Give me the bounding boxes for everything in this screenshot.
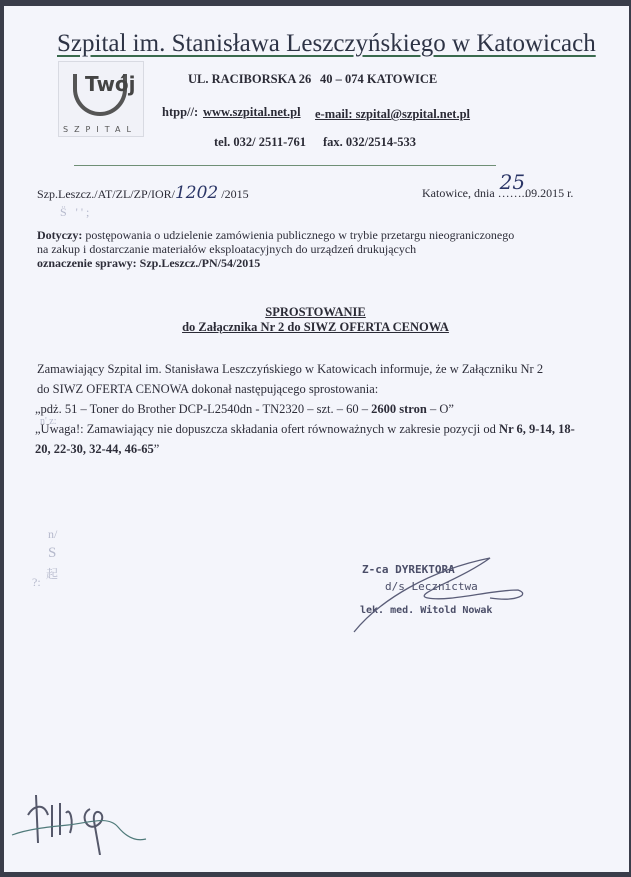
note-line-1: „Uwaga!: Zamawiający nie dopuszcza skład… <box>35 422 575 437</box>
body-paragraph-line-1: Zamawiający Szpital im. Stanisława Leszc… <box>37 362 543 377</box>
date-handwritten-day: 25 <box>500 170 525 194</box>
signature-scribble <box>340 550 540 650</box>
subject-text-1: postępowania o udzielenie zamówienia pub… <box>85 228 514 242</box>
subject-label: Dotyczy: <box>37 228 82 242</box>
date-rest: 09.2015 r. <box>525 186 573 200</box>
logo-label: SZPITAL <box>63 125 137 134</box>
reference-prefix: Szp.Leszcz./AT/ZL/ZP/IOR/ <box>37 187 175 201</box>
note-positions-2: 20, 22-30, 32-44, 46-65 <box>35 442 154 456</box>
note-line-2: 20, 22-30, 32-44, 46-65” <box>35 442 159 457</box>
subject-line-1: Dotyczy: postępowania o udzielenie zamów… <box>37 228 514 243</box>
case-reference: oznaczenie sprawy: Szp.Leszcz./PN/54/201… <box>37 256 260 271</box>
note-text: „Uwaga!: Zamawiający nie dopuszcza skład… <box>35 422 499 436</box>
heading-attachment: do Załącznika Nr 2 do SIWZ OFERTA CENOWA <box>0 320 631 335</box>
hospital-logo: Twój SZPITAL <box>58 61 144 137</box>
note-positions-1: Nr 6, 9-14, 18- <box>499 422 575 436</box>
logo-text: Twój <box>85 72 136 96</box>
street-address: UL. RACIBORSKA 26 <box>188 72 311 87</box>
reference-number: Szp.Leszcz./AT/ZL/ZP/IOR/1202 /2015 <box>37 183 249 203</box>
bleed-through-mark: 起 <box>46 565 58 582</box>
date-prefix: Katowice, dnia <box>422 186 495 200</box>
header-divider <box>74 165 496 166</box>
web-prefix: htpp//: <box>162 105 198 120</box>
reference-suffix: /2015 <box>221 187 248 201</box>
bleed-through-mark: S <box>48 545 56 562</box>
note-end: ” <box>154 442 160 456</box>
bleed-through-mark: ?: <box>32 575 41 590</box>
item-text: „pdż. 51 – Toner do Brother DCP-L2540dn … <box>35 402 371 416</box>
document-date: Katowice, dnia ……..2509.2015 r. <box>422 178 573 202</box>
subject-line-2: na zakup i dostarczanie materiałów ekspl… <box>37 242 416 257</box>
heading-correction: SPROSTOWANIE <box>0 305 631 320</box>
item-end: – O” <box>427 402 454 416</box>
correction-item: „pdż. 51 – Toner do Brother DCP-L2540dn … <box>35 402 454 417</box>
hospital-name: Szpital im. Stanisława Leszczyńskiego w … <box>57 30 596 58</box>
reference-handwritten-number: 1202 <box>175 183 218 203</box>
initials-signature <box>8 785 148 855</box>
website-link[interactable]: www.szpital.net.pl <box>203 105 301 120</box>
email-link[interactable]: e-mail: szpital@szpital.net.pl <box>315 107 470 122</box>
bleed-through-mark: n/ <box>48 527 57 542</box>
item-pages: 2600 stron <box>371 402 427 416</box>
phone: tel. 032/ 2511-761 <box>214 135 306 150</box>
bleed-through-mark: S̈ ' ' ; <box>60 205 89 220</box>
fax: fax. 032/2514-533 <box>323 135 416 150</box>
body-paragraph-line-2: do SIWZ OFERTA CENOWA dokonał następując… <box>37 382 378 397</box>
postal-address: 40 – 074 KATOWICE <box>320 72 437 87</box>
